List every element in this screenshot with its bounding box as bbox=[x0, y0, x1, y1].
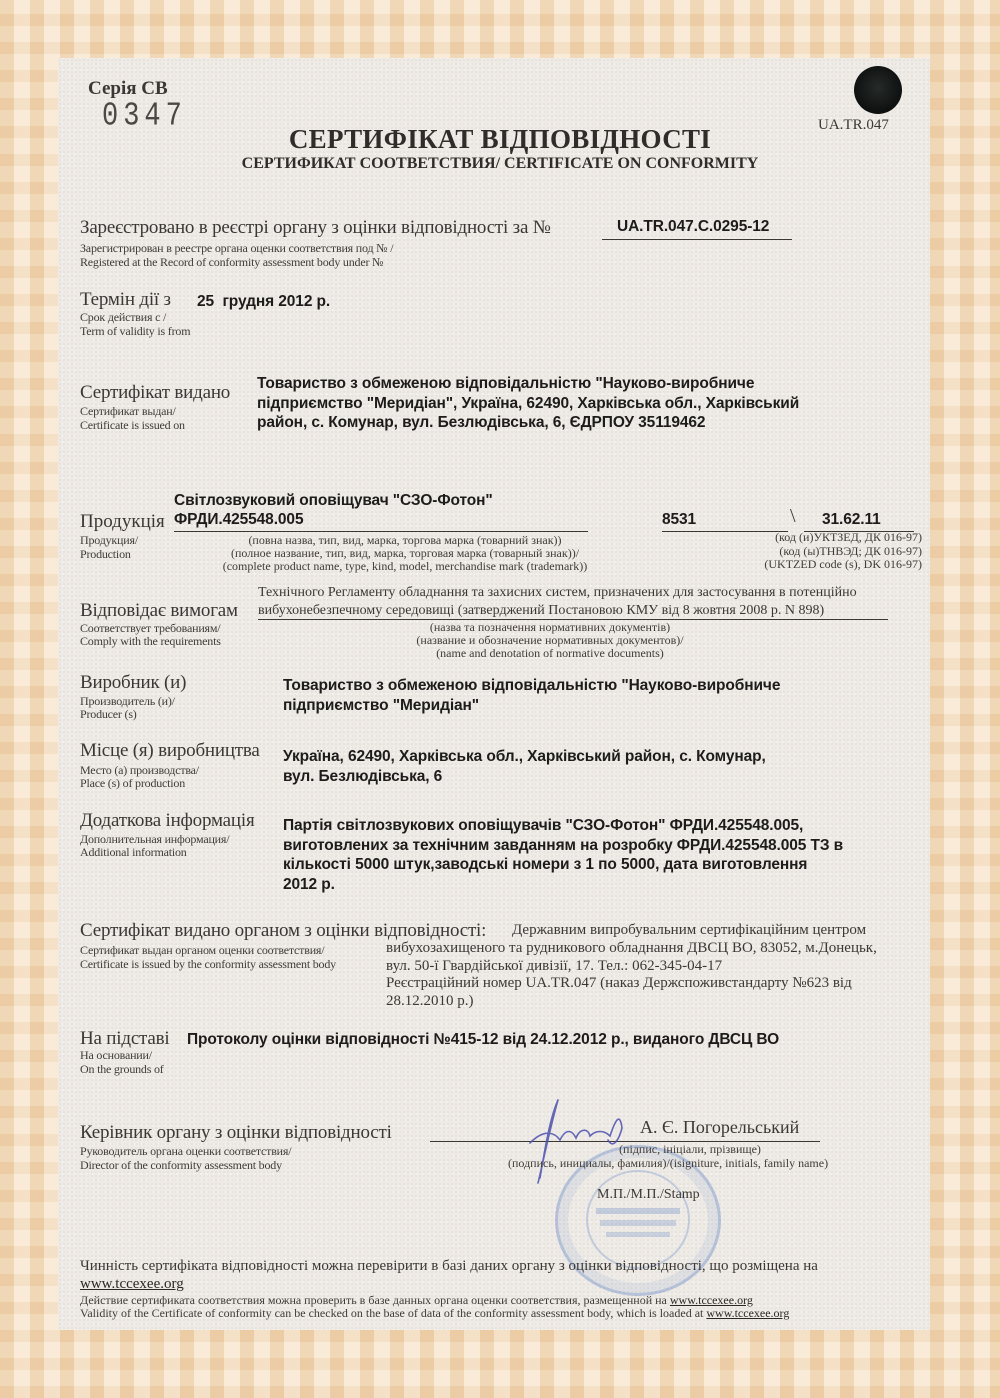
additional-label: Додаткова інформація bbox=[80, 810, 254, 832]
footer-line-uk: Чинність сертифіката відповідності можна… bbox=[80, 1258, 818, 1275]
registration-label: Зареєстровано в реєстрі органу з оцінки … bbox=[80, 217, 551, 239]
product-label-ru: Продукция/ bbox=[80, 533, 138, 547]
issued-to-label-ru: Сертификат выдан/ bbox=[80, 404, 176, 418]
issued-to-label: Сертифікат видано bbox=[80, 382, 230, 404]
issuing-body-label: Сертифікат видано органом з оцінки відпо… bbox=[80, 920, 486, 942]
registration-label-ru: Зарегистрирован в реестре органа оценки … bbox=[80, 241, 393, 255]
director-label: Керівник органу з оцінки відповідності bbox=[80, 1122, 392, 1144]
requirements-label: Відповідає вимогам bbox=[80, 600, 238, 622]
place-line: вул. Безлюдівська, 6 bbox=[283, 767, 766, 787]
additional-line: 2012 р. bbox=[283, 875, 843, 895]
additional-label-en: Additional information bbox=[80, 845, 187, 859]
issued-to-line: район, с. Комунар, вул. Безлюдівська, 6,… bbox=[257, 413, 799, 433]
dk-code: 31.62.11 bbox=[822, 510, 881, 530]
product-name: Світлозвуковий оповіщувач "СЗО-Фотон" bbox=[174, 491, 493, 511]
place-value: Україна, 62490, Харківська обл., Харківс… bbox=[283, 747, 766, 786]
producer-line: підприємство "Меридіан" bbox=[283, 696, 780, 716]
director-label-en: Director of the conformity assessment bo… bbox=[80, 1158, 282, 1172]
code-separator: \ bbox=[790, 505, 796, 528]
registration-label-en: Registered at the Record of conformity a… bbox=[80, 255, 383, 269]
code-hint-uk: (код (и)УКТЗЕД, ДК 016-97) bbox=[700, 531, 922, 545]
grounds-label-ru: На основании/ bbox=[80, 1048, 152, 1062]
code-hint-en: (UKTZED code (s), DK 016-97) bbox=[700, 558, 922, 572]
requirements-line-1: Технічного Регламенту обладнання та захи… bbox=[258, 585, 857, 601]
stamp-label: М.П./М.П./Stamp bbox=[597, 1187, 700, 1203]
issuing-body-line: вул. 50-ї Гвардійської дивізії, 17. Тел.… bbox=[386, 958, 877, 976]
additional-line: кількості 5000 штук,заводські номери з 1… bbox=[283, 855, 843, 875]
issuing-body-line: Реєстраційний номер UA.TR.047 (наказ Дер… bbox=[386, 975, 877, 993]
series-label: Серія CB bbox=[88, 78, 168, 100]
product-label: Продукція bbox=[80, 511, 165, 533]
requirements-label-en: Comply with the requirements bbox=[80, 634, 221, 648]
uktzed-code: 8531 bbox=[662, 510, 696, 530]
issued-to-line: підприємство "Меридіан", Україна, 62490,… bbox=[257, 394, 799, 414]
page-title: СЕРТИФІКАТ ВІДПОВІДНОСТІ bbox=[0, 124, 1000, 155]
additional-label-ru: Дополнительная информация/ bbox=[80, 832, 229, 846]
producer-label-ru: Производитель (и)/ bbox=[80, 694, 175, 708]
producer-label-en: Producer (s) bbox=[80, 707, 137, 721]
place-label-en: Place (s) of production bbox=[80, 776, 185, 790]
code-hint-ru: (код (ы)ТНВЭД; ДК 016-97) bbox=[700, 545, 922, 559]
validity-date: 25 грудня 2012 р. bbox=[197, 292, 330, 312]
signature-hint-uk: (підпис, ініціали, прізвище) bbox=[590, 1143, 790, 1157]
registration-number: UA.TR.047.C.0295-12 bbox=[617, 217, 769, 237]
place-label-ru: Место (а) производства/ bbox=[80, 763, 199, 777]
footer-text-ru: Действие сертификата соответствия можна … bbox=[80, 1293, 667, 1307]
footer-link-ru[interactable]: www.tccexee.org bbox=[670, 1293, 753, 1307]
requirements-hint-en: (name and denotation of normative docume… bbox=[300, 647, 800, 661]
footer-line-en: Validity of the Certificate of conformit… bbox=[80, 1306, 789, 1321]
validity-label-ru: Срок действия с / bbox=[80, 310, 166, 324]
signature-hint-ru-en: (подпись, инициалы, фамилия)/(isigniture… bbox=[508, 1156, 828, 1171]
issuing-body-line: вибухозахищеного та рудникового обладнан… bbox=[386, 940, 877, 958]
issuing-body-details: вибухозахищеного та рудникового обладнан… bbox=[386, 940, 877, 1010]
issuing-body-label-ru: Сертификат выдан органом оценки соответс… bbox=[80, 943, 324, 957]
validity-label: Термін дії з bbox=[80, 289, 171, 311]
issuing-body-label-en: Certificate is issued by the conformity … bbox=[80, 957, 336, 971]
registration-underline bbox=[602, 239, 792, 240]
producer-label: Виробник (и) bbox=[80, 672, 186, 694]
grounds-label: На підставі bbox=[80, 1028, 169, 1050]
producer-line: Товариство з обмеженою відповідальністю … bbox=[283, 676, 780, 696]
producer-value: Товариство з обмеженою відповідальністю … bbox=[283, 676, 780, 715]
footer-link-en[interactable]: www.tccexee.org bbox=[706, 1306, 789, 1320]
footer-link[interactable]: www.tccexee.org bbox=[80, 1276, 184, 1293]
grounds-value: Протоколу оцінки відповідності №415-12 в… bbox=[187, 1030, 779, 1050]
additional-line: Партія світлозвукових оповіщувачів "СЗО-… bbox=[283, 816, 843, 836]
place-label: Місце (я) виробництва bbox=[80, 740, 260, 762]
requirements-line-2: вибухонебезпечному середовищі (затвердже… bbox=[258, 603, 824, 619]
validity-label-en: Term of validity is from bbox=[80, 324, 190, 338]
additional-line: виготовлених за технічним завданням на р… bbox=[283, 836, 843, 856]
product-underline bbox=[174, 531, 588, 532]
issued-to-value: Товариство з обмеженою відповідальністю … bbox=[257, 374, 799, 433]
product-designation: ФРДИ.425548.005 bbox=[174, 510, 303, 530]
issuing-body-line-1: Державним випробувальним сертифікаційним… bbox=[512, 922, 866, 939]
grounds-label-en: On the grounds of bbox=[80, 1062, 164, 1076]
additional-value: Партія світлозвукових оповіщувачів "СЗО-… bbox=[283, 816, 843, 894]
hologram-seal-icon bbox=[854, 66, 902, 114]
issuing-body-line: 28.12.2010 р.) bbox=[386, 993, 877, 1011]
place-line: Україна, 62490, Харківська обл., Харківс… bbox=[283, 747, 766, 767]
requirements-label-ru: Соответствует требованиям/ bbox=[80, 621, 220, 635]
issued-to-line: Товариство з обмеженою відповідальністю … bbox=[257, 374, 799, 394]
product-hint-en: (complete product name, type, kind, mode… bbox=[180, 560, 630, 574]
footer-text-en: Validity of the Certificate of conformit… bbox=[80, 1306, 703, 1320]
signature-icon bbox=[500, 1088, 650, 1188]
director-name: А. Є. Погорельський bbox=[640, 1117, 799, 1138]
page-subtitle: СЕРТИФИКАТ СООТВЕТСТВИЯ/ CERTIFICATE ON … bbox=[0, 155, 1000, 173]
code-hints: (код (и)УКТЗЕД, ДК 016-97) (код (ы)ТНВЭД… bbox=[700, 531, 922, 572]
product-label-en: Production bbox=[80, 547, 131, 561]
director-label-ru: Руководитель органа оценки соответствия/ bbox=[80, 1144, 291, 1158]
issued-to-label-en: Certificate is issued on bbox=[80, 418, 185, 432]
